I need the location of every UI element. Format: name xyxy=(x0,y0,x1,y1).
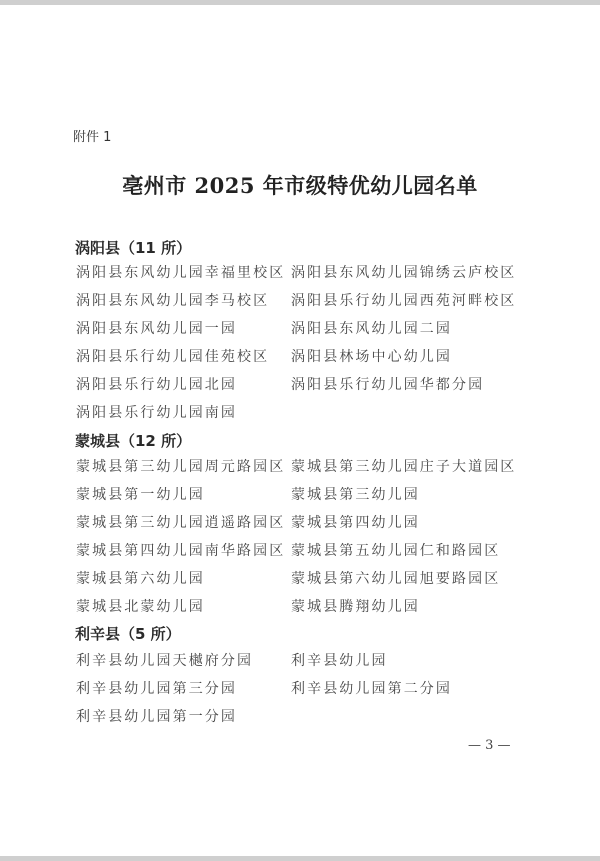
kindergarten-name: 涡阳县东风幼儿园李马校区 xyxy=(76,290,269,310)
document-title: 亳州市 2025 年市级特优幼儿园名单 xyxy=(0,170,600,200)
kindergarten-name: 蒙城县第三幼儿园 xyxy=(291,484,420,504)
county-heading-lixin: 利辛县（5 所） xyxy=(75,623,181,644)
kindergarten-name: 蒙城县第四幼儿园 xyxy=(291,512,420,532)
attachment-label: 附件 1 xyxy=(73,126,111,145)
list-row: 涡阳县东风幼儿园一园 涡阳县东风幼儿园二园 xyxy=(76,318,536,346)
list-row: 涡阳县东风幼儿园李马校区 涡阳县乐行幼儿园西苑河畔校区 xyxy=(76,290,536,318)
kindergarten-name: 利辛县幼儿园第一分园 xyxy=(76,706,237,726)
list-row: 涡阳县乐行幼儿园南园 xyxy=(76,402,536,430)
list-row: 涡阳县乐行幼儿园佳苑校区 涡阳县林场中心幼儿园 xyxy=(76,346,536,374)
list-row: 利辛县幼儿园第一分园 xyxy=(76,706,536,734)
list-row: 涡阳县乐行幼儿园北园 涡阳县乐行幼儿园华都分园 xyxy=(76,374,536,402)
list-row: 利辛县幼儿园第三分园 利辛县幼儿园第二分园 xyxy=(76,678,536,706)
kindergarten-name: 涡阳县乐行幼儿园西苑河畔校区 xyxy=(291,290,516,310)
list-row: 利辛县幼儿园天樾府分园 利辛县幼儿园 xyxy=(76,650,536,678)
list-row: 蒙城县第六幼儿园 蒙城县第六幼儿园旭要路园区 xyxy=(76,568,536,596)
kindergarten-name: 利辛县幼儿园 xyxy=(291,650,388,670)
kindergarten-name: 涡阳县东风幼儿园幸福里校区 xyxy=(76,262,285,282)
kindergarten-name: 蒙城县第三幼儿园庄子大道园区 xyxy=(291,456,516,476)
kindergarten-name: 涡阳县东风幼儿园二园 xyxy=(291,318,452,338)
kindergarten-name: 蒙城县北蒙幼儿园 xyxy=(76,596,205,616)
kindergarten-name: 蒙城县第六幼儿园 xyxy=(76,568,205,588)
page-number: — 3 — xyxy=(468,738,511,753)
kindergarten-name: 蒙城县第三幼儿园周元路园区 xyxy=(76,456,285,476)
kindergarten-name: 涡阳县乐行幼儿园南园 xyxy=(76,402,237,422)
kindergarten-name: 蒙城县第三幼儿园逍遥路园区 xyxy=(76,512,285,532)
list-row: 蒙城县第三幼儿园周元路园区 蒙城县第三幼儿园庄子大道园区 xyxy=(76,456,536,484)
kindergarten-name: 利辛县幼儿园第三分园 xyxy=(76,678,237,698)
list-row: 蒙城县第四幼儿园南华路园区 蒙城县第五幼儿园仁和路园区 xyxy=(76,540,536,568)
kindergarten-name: 蒙城县第六幼儿园旭要路园区 xyxy=(291,568,500,588)
kindergarten-name: 利辛县幼儿园第二分园 xyxy=(291,678,452,698)
kindergarten-name: 蒙城县第五幼儿园仁和路园区 xyxy=(291,540,500,560)
county-heading-guoyang: 涡阳县（11 所） xyxy=(75,237,191,258)
list-row: 蒙城县第三幼儿园逍遥路园区 蒙城县第四幼儿园 xyxy=(76,512,536,540)
kindergarten-name: 蒙城县腾翔幼儿园 xyxy=(291,596,420,616)
list-row: 蒙城县北蒙幼儿园 蒙城县腾翔幼儿园 xyxy=(76,596,536,624)
kindergarten-name: 涡阳县乐行幼儿园华都分园 xyxy=(291,374,484,394)
kindergarten-name: 涡阳县乐行幼儿园佳苑校区 xyxy=(76,346,269,366)
kindergarten-name: 蒙城县第四幼儿园南华路园区 xyxy=(76,540,285,560)
kindergarten-name: 涡阳县乐行幼儿园北园 xyxy=(76,374,237,394)
kindergarten-name: 利辛县幼儿园天樾府分园 xyxy=(76,650,253,670)
list-row: 蒙城县第一幼儿园 蒙城县第三幼儿园 xyxy=(76,484,536,512)
kindergarten-name: 蒙城县第一幼儿园 xyxy=(76,484,205,504)
list-row: 涡阳县东风幼儿园幸福里校区 涡阳县东风幼儿园锦绣云庐校区 xyxy=(76,262,536,290)
scan-bottom-edge xyxy=(0,856,600,861)
scan-top-edge xyxy=(0,0,600,5)
kindergarten-name: 涡阳县东风幼儿园锦绣云庐校区 xyxy=(291,262,516,282)
kindergarten-name: 涡阳县东风幼儿园一园 xyxy=(76,318,237,338)
kindergarten-name: 涡阳县林场中心幼儿园 xyxy=(291,346,452,366)
county-heading-mengcheng: 蒙城县（12 所） xyxy=(75,430,191,451)
